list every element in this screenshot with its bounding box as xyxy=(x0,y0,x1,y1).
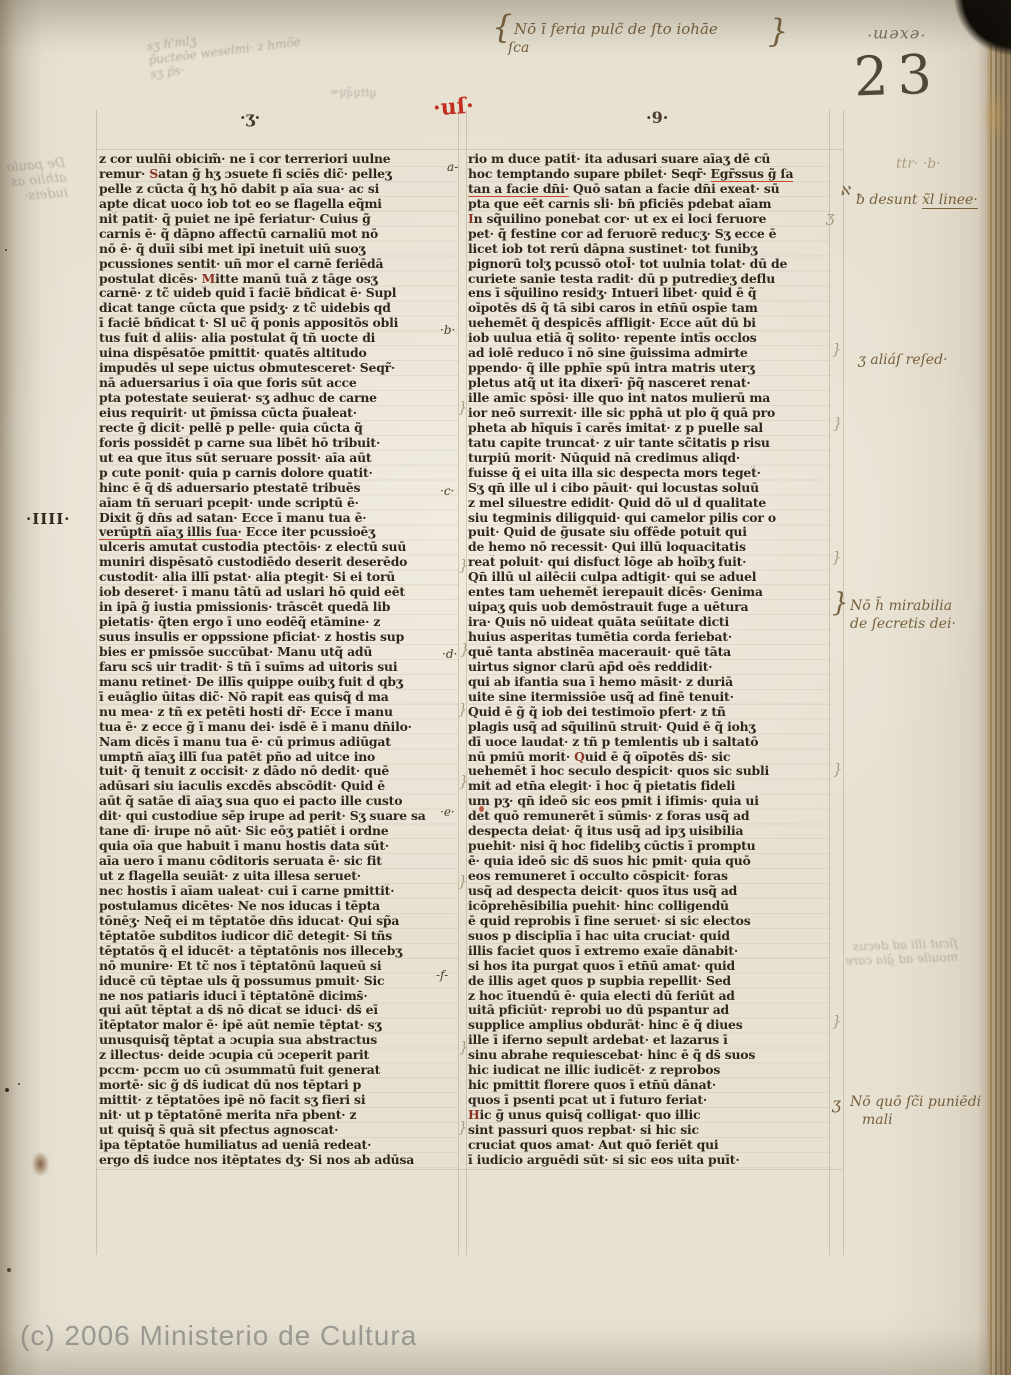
text-segment: quos ī psenti pcat ut ī futuro feriat· xyxy=(468,1093,707,1107)
text-segment: tēptatōs q̃ el iducēt· a tēptatōnis nos … xyxy=(99,944,402,958)
manuscript-text-line: nō ē· q̃ duīi sibi met ipī inetuit uiū s… xyxy=(99,242,459,257)
text-segment: huius asperitas tumētia corda feriebat· xyxy=(468,630,732,644)
manuscript-text-line: de illis aget quos p supbia repellit· Se… xyxy=(468,974,830,989)
manuscript-text-line: Quid ē g̃ q̃ iob dei testimoīo pfert· z … xyxy=(468,705,830,720)
manuscript-text-line: aūt q̃ satāe dī aīaʒ sua quo ei pacto il… xyxy=(99,794,459,809)
manuscript-text-line: ille amīc spōsi· ille quo int̃ natos mul… xyxy=(468,391,830,406)
text-segment: despecta deiat· q̃ itus usq̃ ad ipʒ uisi… xyxy=(468,824,743,838)
manuscript-text-line: eos remuneret ī occulto cōspicit· foras xyxy=(468,869,830,884)
scribal-brace-mark: ʒ xyxy=(826,208,834,226)
text-segment: ipa tēptatōe humiliatus ad ueniā redeat· xyxy=(99,1138,371,1152)
show-through-text: ſicut illi ad decusmouile ad g̃ia care xyxy=(845,936,959,968)
rubricated-underline-text: Dixit g̃ dn̄s ad satan· Ecce ī manu tua … xyxy=(99,511,366,526)
text-segment: ī iudicio arguēdi sūt· si sic eos uita p… xyxy=(468,1153,739,1167)
text-segment: manu retinet̃· De illīs quippe ouibʒ fui… xyxy=(99,675,403,689)
manuscript-text-line: suos p disciplīa ī hac uita cruciat· qui… xyxy=(468,929,830,944)
text-segment: ut quisq̃ s̃ quā sit pfectus agnoscat· xyxy=(99,1123,338,1137)
dark-corner-background xyxy=(947,0,1011,58)
text-segment: pta que eēt carnis sl̄i· bn̄ pficiēs pde… xyxy=(468,197,771,211)
ruling-line-horizontal xyxy=(96,1169,843,1170)
manuscript-text-line: sint passuri quos repbat· si hic sic xyxy=(468,1123,830,1138)
manuscript-text-line: ira· Quis nō uideat quāta seūitate dicti xyxy=(468,615,830,630)
manuscript-text-line: iob deseret̃· ī manu tātū ad uslari hō q… xyxy=(99,585,459,600)
manuscript-text-line: pignorū tolʒ pcussō otol̃· tot uulnia to… xyxy=(468,257,830,272)
manuscript-text-line: uehemēt̃ q̃ despicēs affligit· Ecce aūt … xyxy=(468,316,830,331)
text-segment: itte manū tuā z tāge osʒ xyxy=(215,272,377,286)
text-segment: ut z flagella seuiāt· z uita illesa seru… xyxy=(99,869,361,883)
text-segment: carnē· z tc̃ uideb̃ quid ī faciē bñdicat… xyxy=(99,286,396,300)
collation-cross-mark: ℵ xyxy=(840,184,850,199)
manuscript-text-line: ī iudicio arguēdi sūt· si sic eos uita p… xyxy=(468,1153,830,1168)
manuscript-text-line: pietatis· q̃ten ergo ī uno eodēq̃ etāmin… xyxy=(99,615,459,630)
text-segment: ens ī sq̃uilino residʒ· Intueri libet· q… xyxy=(468,286,756,300)
manuscript-page: ·ʒ· ·uſ· ·9· { Nō ī feria pulc̃ de ſto i… xyxy=(0,0,1011,1375)
manuscript-text-line: uina dispēsatōe pmittit̃· quatēs altitud… xyxy=(99,346,459,361)
manuscript-text-line: nit̃ patit̃· q̃ puiet ne ipē feriatur· C… xyxy=(99,212,459,227)
top-margin-annotation: Nō ī feria pulc̃ de ſto iohāe xyxy=(514,20,718,38)
manuscript-text-line: hinc ē q̃ ds̄ aduersario ptestatē tribuē… xyxy=(99,481,459,496)
punished-note-line1: Nō quō ſc̃i puniēdi xyxy=(850,1094,981,1110)
red-touched-capital: H xyxy=(468,1108,480,1122)
text-segment: ille amīc spōsi· ille quo int̃ natos mul… xyxy=(468,391,770,405)
text-segment: recte g̃ dicit̃· pellē p pelle· quia cūc… xyxy=(99,421,363,435)
manuscript-text-line: aīa uero ī manu cōditoris seruata ē· sic… xyxy=(99,854,459,869)
manuscript-text-line: apte dicat uoco iob tot eo se flagella e… xyxy=(99,197,459,212)
parchment-stain xyxy=(983,90,1005,142)
text-segment: oīpotēs ds̄ q̃ tā sibi caros in etn̄ū os… xyxy=(468,301,758,315)
manuscript-text-line: muniri dispēsatō custodiēdo deserit dese… xyxy=(99,555,459,570)
manuscript-text-line: usq̃ ad despecta deicit· quos ītus usq̃ … xyxy=(468,884,830,899)
text-segment: tus fuit d̃ aliis· alia postulat q̃ tñ u… xyxy=(99,331,375,345)
manuscript-text-line: entes tam uehemēt̃ ierepauit dicēs· Geni… xyxy=(468,585,830,600)
red-touched-capital: Q xyxy=(574,750,585,764)
manuscript-text-line: tēptatōs q̃ el iducēt· a tēptatōnis nos … xyxy=(99,944,459,959)
manuscript-text-line: ppendo· q̃ ille pphīe spū intra matris u… xyxy=(468,361,830,376)
ruling-line-vertical xyxy=(96,110,97,1255)
text-segment: pheta ab hīquis ī carēs imitat̃· z p pue… xyxy=(468,421,763,435)
text-segment: custodit· alia illī pstat· alia ptegit· … xyxy=(99,570,395,584)
text-segment: sint passuri quos repbat· si hic sic xyxy=(468,1123,699,1137)
text-segment: Quō satan a facie dn̄i exeat· sū xyxy=(569,182,780,196)
manuscript-text-line: turpiū morit̃· Nūquid nā credimus aliqd· xyxy=(468,451,830,466)
scribal-brace-mark: } xyxy=(833,414,843,432)
manuscript-text-line: icōprehēsibilia puehit· hinc colligendū xyxy=(468,899,830,914)
manuscript-text-line: quia oīa que habuit ī manu hostis data s… xyxy=(99,839,459,854)
manuscript-text-line: z mel siluestre edidit· Quid dō ul d̃ qu… xyxy=(468,496,830,511)
manuscript-text-line: carnis ē· q̃ dāpno affectū carnaliū mot … xyxy=(99,227,459,242)
rubricated-underline-text: Egr̃ssus g̃ ſa xyxy=(711,167,794,182)
manuscript-text-line: aīam tñ seruari pcepit· unde scriptū ē· xyxy=(99,496,459,511)
text-segment: nō ē· q̃ duīi sibi met ipī inetuit uiū s… xyxy=(99,242,365,256)
text-segment: tane dī· irupe nō aūt· Sic eōʒ patiēt̃ i… xyxy=(99,824,388,838)
manuscript-text-line: in ipā g̃ iustia pmissionis· trāscēt que… xyxy=(99,600,459,615)
manuscript-text-line: illis faciet quos ī extremo exaīe dānabi… xyxy=(468,944,830,959)
faded-margin-mark: ttr· ·b· xyxy=(896,156,941,172)
text-segment: de illis aget quos p supbia repellit· Se… xyxy=(468,974,731,988)
manuscript-text-line: remur· Satan g̃ hʒ ɔsuete fi sciēs dic̃·… xyxy=(99,167,459,182)
text-segment: iob uulua etiā q̃ solito· repente intīs … xyxy=(468,331,757,345)
manuscript-text-line: pheta ab hīquis ī carēs imitat̃· z p pue… xyxy=(468,421,830,436)
gutter-reference-letter: ·e· xyxy=(440,805,455,819)
manuscript-text-line: reat̃ poluit· qui disfuct̃ lōge ab hoībʒ… xyxy=(468,555,830,570)
manuscript-text-line: Dixit g̃ dn̄s ad satan· Ecce ī manu tua … xyxy=(99,511,459,526)
manuscript-text-line: pta que eēt carnis sl̄i· bn̄ pficiēs pde… xyxy=(468,197,830,212)
text-segment: in ipā g̃ iustia pmissionis· trāscēt que… xyxy=(99,600,390,614)
manuscript-text-line: uehemēt̃ ī hoc seculo despicit· quos sic… xyxy=(468,764,830,779)
manuscript-text-line: uite sine itermissiōe usq̃ ad finē tenui… xyxy=(468,690,830,705)
manuscript-text-line: tan a facie dn̄i· Quō satan a facie dn̄i… xyxy=(468,182,830,197)
text-segment: si hos ita purgat quos ī etn̄ū amat· qui… xyxy=(468,959,735,973)
show-through-text: sʒ h'mlʒp̃ucteōe weselmi· z hmõesʒ p̃s· xyxy=(146,21,303,81)
manuscript-text-line: huius asperitas tumētia corda feriebat· xyxy=(468,630,830,645)
text-segment: ad iolē reduco ī nō sine g̃uissima admir… xyxy=(468,346,748,360)
manuscript-text-line: tuit· q̃ tenuit z occisit· z dādo nō ded… xyxy=(99,764,459,779)
manuscript-text-line: hoc temptando supare pbilet̃· Seqr̃· Egr… xyxy=(468,167,830,182)
text-segment: cruciat quos amat· Aut quō feriēt qui xyxy=(468,1138,718,1152)
manuscript-text-line: siu tegminis diligquid· qui camelor pili… xyxy=(468,511,830,526)
manuscript-text-line: postulamus dicētes· Ne nos iducas i tēpt… xyxy=(99,899,459,914)
text-segment: pccm· pccm uo cū ɔsummatū fuit generat xyxy=(99,1063,380,1077)
text-segment: hic pmittit florere quos ī etn̄ū dānat· xyxy=(468,1078,716,1092)
desunt-note: ƀ desunt x̃l linee· xyxy=(856,192,978,208)
text-segment: nā aduersarius ī oīa que foris sūt acce xyxy=(99,376,357,390)
scribal-brace-mark: } xyxy=(832,1012,842,1030)
text-segment: aīa uero ī manu cōditoris seruata ē· sic… xyxy=(99,854,382,868)
manuscript-text-line: hic pmittit florere quos ī etn̄ū dānat· xyxy=(468,1078,830,1093)
manuscript-text-line: nec hostis ī aīam ualeat· cui ī carne pm… xyxy=(99,884,459,899)
text-segment: puit· Quid de g̃usate siu offēde potuit … xyxy=(468,525,747,539)
manuscript-text-line: dit· qui custodiue sēp irupe ad perit· S… xyxy=(99,809,459,824)
manuscript-text-line: Qn̄ illū ul ailēcii culpa adtigit· qui s… xyxy=(468,570,830,585)
manuscript-text-line: ut ea que ītus sūt seruare possit· aīa a… xyxy=(99,451,459,466)
text-segment: apte dicat uoco iob tot eo se flagella e… xyxy=(99,197,382,211)
manuscript-text-line: ne nos patiaris iduci ī tēptatōnē dicims… xyxy=(99,989,459,1004)
manuscript-text-line: ergo ds̄ iudce nos itēptates dʒ· Si nos … xyxy=(99,1153,459,1168)
mirabilia-note-line2: de ſecretis dei· xyxy=(850,616,956,632)
manuscript-text-line: ior neō surrexit· ille sic pphā ut plo q… xyxy=(468,406,830,421)
scribal-brace-mark: } xyxy=(458,872,468,890)
text-segment: det quō remunerēt̃ ī sūmis· z foras usq̃… xyxy=(468,809,749,823)
text-segment: qui ab ifantia sua ī hemo māsit· z duriā xyxy=(468,675,733,689)
manuscript-text-line: puehit· nisi q̃ hoc fidelibʒ cūctis ī pr… xyxy=(468,839,830,854)
text-segment: hinc ē q̃ ds̄ aduersario ptestatē tribuē… xyxy=(99,481,360,495)
manuscript-text-line: Nam dicēs ī manu tua ē· cū primus adiūga… xyxy=(99,735,459,750)
text-segment: reat̃ poluit· qui disfuct̃ lōge ab hoībʒ… xyxy=(468,555,746,569)
text-segment: Quid ē g̃ q̃ iob dei testimoīo pfert· z … xyxy=(468,705,726,719)
ink-blotch xyxy=(32,1152,49,1176)
text-segment: ille ī iferno sepult̃ ardebat· et lazaru… xyxy=(468,1033,728,1047)
text-segment: Nam dicēs ī manu tua ē· cū primus adiūga… xyxy=(99,735,391,749)
text-segment: ergo ds̄ iudce nos itēptates dʒ· Si nos … xyxy=(99,1153,414,1167)
text-segment: uehemēt̃ ī hoc seculo despicit· quos sic… xyxy=(468,764,769,778)
ruling-line-vertical xyxy=(466,110,467,1255)
text-segment: icōprehēsibilia puehit· hinc colligendū xyxy=(468,899,729,913)
scribal-brace-mark: } xyxy=(832,548,842,566)
manuscript-text-line: ut z flagella seuiāt· z uita illesa seru… xyxy=(99,869,459,884)
text-segment: licet iob tot rerū dāpna sustinet· tot f… xyxy=(468,242,757,256)
text-segment: unusquisq̃ tēptat̃ a ɔcupia sua abstract… xyxy=(99,1033,377,1047)
text-segment: rio m duce patit̃· ita ad̃usari suare aī… xyxy=(468,152,770,166)
text-segment: suus insulis er oppssione pficiat· z hos… xyxy=(99,630,404,644)
right-edge-shadow xyxy=(977,0,1011,1375)
copyright-watermark: (c) 2006 Ministerio de Cultura xyxy=(20,1320,417,1352)
text-segment: uite sine itermissiōe usq̃ ad finē tenui… xyxy=(468,690,734,704)
manuscript-text-line: unusquisq̃ tēptat̃ a ɔcupia sua abstract… xyxy=(99,1033,459,1048)
manuscript-text-line: despecta deiat· q̃ itus usq̃ ad ipʒ uisi… xyxy=(468,824,830,839)
text-segment: carnis ē· q̃ dāpno affectū carnaliū mot … xyxy=(99,227,378,241)
ruling-line-vertical xyxy=(843,110,844,1255)
manuscript-text-line: ītēptator malor ē· ipē aūt nemīe tēptat·… xyxy=(99,1018,459,1033)
text-segment: quia oīa que habuit ī manu hostis data s… xyxy=(99,839,389,853)
text-segment: puehit· nisi q̃ hoc fidelibʒ cūctis ī pr… xyxy=(468,839,755,853)
text-segment: aīam tñ seruari pcepit· unde scriptū ē· xyxy=(99,496,359,510)
desunt-note-underlined: x̃l linee· xyxy=(922,192,978,209)
manuscript-text-line: ē· quia ideō sic ds̄ suos hic pmit· quia… xyxy=(468,854,830,869)
text-segment: pignorū tolʒ pcussō otol̃· tot uulnia to… xyxy=(468,257,787,271)
text-segment: ē· quia ideō sic ds̄ suos hic pmit· quia… xyxy=(468,854,751,868)
manuscript-text-line: manu retinet̃· De illīs quippe ouibʒ fui… xyxy=(99,675,459,690)
manuscript-text-line: ē quid reprobis ī fine seruet̃· si sic e… xyxy=(468,914,830,929)
scribal-brace-mark: } xyxy=(458,700,468,718)
manuscript-text-line: nū pmiū morit̃· Quid ē q̃ oīpotēs ds̄· s… xyxy=(468,750,830,765)
text-segment: pletus atq̃ ut ita dixerī· p̃q̃ nasceret… xyxy=(468,376,751,390)
text-segment: n sq̃uilino ponebat cor· ut ex ei loci f… xyxy=(474,212,767,226)
parchment-specks xyxy=(5,1088,9,1092)
manuscript-text-line: tēptatōe subditos iudicor dic̃ detegit· … xyxy=(99,929,459,944)
text-segment: fuisse q̃ ei uita illa sic despecta mors… xyxy=(468,466,761,480)
text-segment: uid ē q̃ oīpotēs ds̄· sic xyxy=(585,750,731,764)
text-segment: ut ea que ītus sūt seruare possit· aīa a… xyxy=(99,451,371,465)
text-segment: atan g̃ hʒ ɔsuete fi sciēs dic̃· pelleʒ xyxy=(158,167,392,181)
manuscript-text-line: pta potestate seuierat· sʒ adhuc de carn… xyxy=(99,391,459,406)
manuscript-text-line: uirtus signor clarū ap̃d oēs reddidit· xyxy=(468,660,830,675)
text-segment: tēptatōe subditos iudicor dic̃ detegit· … xyxy=(99,929,392,943)
text-segment: tatu capite truncat̃· z uir tante sc̃ita… xyxy=(468,436,770,450)
text-segment: ira· Quis nō uideat quāta seūitate dicti xyxy=(468,615,729,629)
manuscript-text-line: impudēs ul sepe uictus obmutesceret· Seq… xyxy=(99,361,459,376)
manuscript-text-line: um pʒ· qn̄ ideō sic eos pmit i ifimis· q… xyxy=(468,794,830,809)
manuscript-text-line: pletus atq̃ ut ita dixerī· p̃q̃ nasceret… xyxy=(468,376,830,391)
manuscript-text-line: uitā pficiūt· reprobi uo dū pspantur ad xyxy=(468,1003,830,1018)
red-touched-capital: M xyxy=(202,272,216,286)
text-segment: ic g̃ unus quisq̃ colligat· quo illic xyxy=(480,1108,701,1122)
quire-mark-right: ·9· xyxy=(646,108,668,127)
manuscript-text-line: z cor uulñi obicim̃· ne ī cor terreriori… xyxy=(99,152,459,167)
manuscript-text-line: ad iolē reduco ī nō sine g̃uissima admir… xyxy=(468,346,830,361)
manuscript-text-line: licet iob tot rerū dāpna sustinet· tot f… xyxy=(468,242,830,257)
text-column-left: z cor uulñi obicim̃· ne ī cor terreriori… xyxy=(99,152,459,1168)
manuscript-text-line: cruciat quos amat· Aut quō feriēt qui xyxy=(468,1138,830,1153)
scribal-brace-mark: } xyxy=(459,556,469,574)
text-segment: mortē· sic g̃ ds̄ iudicat dū nos tēptari… xyxy=(99,1078,361,1092)
text-segment: mit̃ ad etn̄a elegit· ī hoc q̃ pietatis … xyxy=(468,779,735,793)
text-segment: tōnēʒ· Neq̃ ei m tēptatōe dn̄s iducat· Q… xyxy=(99,914,399,928)
manuscript-text-line: ipa tēptatōe humiliatus ad ueniā redeat· xyxy=(99,1138,459,1153)
manuscript-text-line: plagis usq̃ ad sq̃uilinū struit· Quid ē … xyxy=(468,720,830,735)
text-segment: iducē cū tēptae uls q̃ possumus pmuit· S… xyxy=(99,974,384,988)
manuscript-text-line: pcussiones sentit· uñ mor el carnē feriē… xyxy=(99,257,459,272)
text-segment: um pʒ· qn̄ ideō sic eos pmit i ifimis· q… xyxy=(468,794,759,808)
text-segment: ne nos patiaris iduci ī tēptatōnē dicims… xyxy=(99,989,367,1003)
text-segment: hoc temptando supare pbilet̃· Seqr̃· xyxy=(468,167,711,181)
manuscript-text-line: qui ab ifantia sua ī hemo māsit· z duriā xyxy=(468,675,830,690)
scribal-brace-mark: } xyxy=(459,1038,469,1056)
text-segment: foris possidēt̃ p carne sua libēt̃ hō tr… xyxy=(99,436,380,450)
annotation-brace-right: } xyxy=(768,12,788,50)
manuscript-text-line: tōnēʒ· Neq̃ ei m tēptatōe dn̄s iducat· Q… xyxy=(99,914,459,929)
rubricated-underline-text: tan a facie dn̄i· xyxy=(468,182,569,197)
text-segment: pcussiones sentit· uñ mor el carnē feriē… xyxy=(99,257,383,271)
text-segment: entes tam uehemēt̃ ierepauit dicēs· Geni… xyxy=(468,585,763,599)
left-page-edge xyxy=(0,0,18,1375)
inverted-corner-inscription: ·exem· xyxy=(866,26,925,45)
running-title-rubric: ·uſ· xyxy=(432,93,474,122)
rubricated-underline-text: verūptñ aīaʒ illis ſua· xyxy=(99,525,242,540)
folio-number: 23 xyxy=(853,43,942,109)
text-segment: pta potestate seuierat· sʒ adhuc de carn… xyxy=(99,391,377,405)
manuscript-text-line: sinu abrahe requiescebat· hinc ē q̃ ds̄ … xyxy=(468,1048,830,1063)
text-segment: faru scs̄ uir tradit̃· s̃ tñ ī suīms ad … xyxy=(99,660,397,674)
gutter-reference-letter: ·c· xyxy=(440,484,454,498)
quire-mark-left: ·ʒ· xyxy=(240,108,260,127)
manuscript-text-line: ille ī iferno sepult̃ ardebat· et lazaru… xyxy=(468,1033,830,1048)
text-segment: aūt q̃ satāe dī aīaʒ sua quo ei pacto il… xyxy=(99,794,402,808)
text-segment: ītēptator malor ē· ipē aūt nemīe tēptat·… xyxy=(99,1018,381,1032)
manuscript-text-line: ulceris amutat̃ custodia ptectōis· z ele… xyxy=(99,540,459,555)
manuscript-text-line: In sq̃uilino ponebat cor· ut ex ei loci … xyxy=(468,212,830,227)
scribal-brace-mark: } xyxy=(458,1118,468,1136)
manuscript-text-line: qui aūt tēptat̃ a ds̄ nō dicat̃ se iduci… xyxy=(99,1003,459,1018)
manuscript-text-line: p cute ponit̃· quia p carnis dolore quat… xyxy=(99,466,459,481)
ruling-line-horizontal xyxy=(96,149,843,150)
text-segment: adūsari siu iaculis excdēs abscōdit· Qui… xyxy=(99,779,385,793)
text-segment: nō munire· Et tc̃ nos ī tēptatōnū laqueū… xyxy=(99,959,381,973)
manuscript-text-line: z illectus· deide ɔcupia cū ɔceperit par… xyxy=(99,1048,459,1063)
manuscript-text-line: foris possidēt̃ p carne sua libēt̃ hō tr… xyxy=(99,436,459,451)
text-segment: suos p disciplīa ī hac uita cruciat· qui… xyxy=(468,929,730,943)
mirabilia-note-line1: Nō h̃ mirabilia xyxy=(850,598,952,614)
text-segment: impudēs ul sepe uictus obmutesceret· Seq… xyxy=(99,361,395,375)
text-segment: nu mea· z tñ ex petēti hosti dr̃· Ecce ī… xyxy=(99,705,393,719)
text-segment: nit̃ patit̃· q̃ puiet ne ipē feriatur· C… xyxy=(99,212,371,226)
text-segment: hic iudicat ne illic iudicēt̃· z reprobo… xyxy=(468,1063,720,1077)
manuscript-text-line: postulat dicēs· Mitte manū tuā z tāge os… xyxy=(99,272,459,287)
text-segment: ppendo· q̃ ille pphīe spū intra matris u… xyxy=(468,361,755,375)
text-segment: dī uoce laudat· z tñ p temlentis ub i sa… xyxy=(468,735,758,749)
text-segment: ulceris amutat̃ custodia ptectōis· z ele… xyxy=(99,540,406,554)
text-segment: quē tanta abstinēa macerauit· quē tāta xyxy=(468,645,731,659)
text-segment: postulat dicēs· xyxy=(99,272,202,286)
gutter-reference-letter: ·b· xyxy=(440,323,455,337)
text-segment: z hoc ītuendū ē· quia electi dū feriūt̃ … xyxy=(468,989,735,1003)
red-touched-capital: S xyxy=(149,167,158,181)
manuscript-text-line: z hoc ītuendū ē· quia electi dū feriūt̃ … xyxy=(468,989,830,1004)
manuscript-text-line: nō munire· Et tc̃ nos ī tēptatōnū laqueū… xyxy=(99,959,459,974)
manuscript-text-line: nā aduersarius ī oīa que foris sūt acce xyxy=(99,376,459,391)
manuscript-text-line: quē tanta abstinēa macerauit· quē tāta xyxy=(468,645,830,660)
manuscript-text-line: dicat tange cūcta que psidʒ· z tc̃ uideb… xyxy=(99,301,459,316)
text-segment: siu tegminis diligquid· qui camelor pili… xyxy=(468,511,776,525)
text-segment: nū pmiū morit̃· xyxy=(468,750,574,764)
text-segment: muniri dispēsatō custodiēdo deserit dese… xyxy=(99,555,407,569)
text-segment: eos remuneret ī occulto cōspicit· foras xyxy=(468,869,728,883)
text-segment: eius requirit· ut p̃missa cūcta p̃ualeat… xyxy=(99,406,357,420)
text-segment: z mel siluestre edidit· Quid dō ul d̃ qu… xyxy=(468,496,766,510)
scribal-brace-mark: } xyxy=(833,760,843,778)
manuscript-text-line: carnē· z tc̃ uideb̃ quid ī faciē bñdicat… xyxy=(99,286,459,301)
manuscript-text-line: uipaʒ quis uob demōstrauit fuge a uētura xyxy=(468,600,830,615)
text-segment: uina dispēsatōe pmittit̃· quatēs altitud… xyxy=(99,346,367,360)
show-through-text: ɥttɥq̃ɥ= xyxy=(330,85,377,100)
scribal-brace-mark: } xyxy=(458,398,468,416)
manuscript-text-line: eius requirit· ut p̃missa cūcta p̃ualeat… xyxy=(99,406,459,421)
text-segment: ī euāglio ūitas dic̃· Nō rapit eas quisq… xyxy=(99,690,389,704)
manuscript-text-line: mittit· z tēptatōes ipē nō facit sʒ fier… xyxy=(99,1093,459,1108)
punished-note-line2: mali xyxy=(862,1112,893,1128)
scribal-brace-mark: } xyxy=(832,340,842,358)
text-segment: pietatis· q̃ten ergo ī uno eodēq̃ etāmin… xyxy=(99,615,380,629)
punished-note-brace: ʒ xyxy=(832,1094,841,1113)
text-segment: ī faciē bñdicat t̃· Sl uc̃ q̃ ponis appo… xyxy=(99,316,398,330)
text-segment: turpiū morit̃· Nūquid nā credimus aliqd· xyxy=(468,451,740,465)
manuscript-text-line: verūptñ aīaʒ illis ſua· Ecce iter pcussi… xyxy=(99,525,459,540)
manuscript-text-line: dī uoce laudat· z tñ p temlentis ub i sa… xyxy=(468,735,830,750)
manuscript-text-line: recte g̃ dicit̃· pellē p pelle· quia cūc… xyxy=(99,421,459,436)
show-through-text: De pauioathlio asiudeis· xyxy=(6,156,68,206)
manuscript-text-line: bies er pmissōe succūbat· Manu utq̃ adū xyxy=(99,645,459,660)
text-segment: z cor uulñi obicim̃· ne ī cor terreriori… xyxy=(99,152,390,166)
manuscript-text-line: quos ī psenti pcat ut ī futuro feriat· xyxy=(468,1093,830,1108)
text-segment: pelle z cūcta q̃ hʒ hō dabit p aīa sua· … xyxy=(99,182,379,196)
manuscript-text-line: mortē· sic g̃ ds̄ iudicat dū nos tēptari… xyxy=(99,1078,459,1093)
text-segment: uitā pficiūt· reprobi uo dū pspantur ad xyxy=(468,1003,729,1017)
manuscript-text-line: ī faciē bñdicat t̃· Sl uc̃ q̃ ponis appo… xyxy=(99,316,459,331)
text-segment: ior neō surrexit· ille sic pphā ut plo q… xyxy=(468,406,775,420)
manuscript-text-line: umptñ aīaʒ illī ſua patēt̃ pño ad uitce … xyxy=(99,750,459,765)
manuscript-text-line: de hemo nō recessit· Qui illū loquacitat… xyxy=(468,540,830,555)
manuscript-text-line: si hos ita purgat quos ī etn̄ū amat· qui… xyxy=(468,959,830,974)
gutter-reference-letter: -f- xyxy=(436,968,448,982)
manuscript-text-line: Sʒ qn̄ ille ul i cibo pāuit· qui locusta… xyxy=(468,481,830,496)
text-segment: usq̃ ad despecta deicit· quos ītus usq̃ … xyxy=(468,884,737,898)
text-segment: remur· xyxy=(99,167,149,181)
manuscript-text-line: tatu capite truncat̃· z uir tante sc̃ita… xyxy=(468,436,830,451)
manuscript-text-line: rio m duce patit̃· ita ad̃usari suare aī… xyxy=(468,152,830,167)
text-column-right: rio m duce patit̃· ita ad̃usari suare aī… xyxy=(468,152,830,1168)
text-segment: ē quid reprobis ī fine seruet̃· si sic e… xyxy=(468,914,751,928)
text-segment: pet· q̃ festine cor ad feruorē reducʒ· S… xyxy=(468,227,776,241)
text-segment: uirtus signor clarū ap̃d oēs reddidit· xyxy=(468,660,712,674)
manuscript-text-line: tane dī· irupe nō aūt· Sic eōʒ patiēt̃ i… xyxy=(99,824,459,839)
manuscript-text-line: ī euāglio ūitas dic̃· Nō rapit eas quisq… xyxy=(99,690,459,705)
text-segment: dicat tange cūcta que psidʒ· z tc̃ uideb… xyxy=(99,301,391,315)
manuscript-text-line: pelle z cūcta q̃ hʒ hō dabit p aīa sua· … xyxy=(99,182,459,197)
manuscript-text-line: hic iudicat ne illic iudicēt̃· z reprobo… xyxy=(468,1063,830,1078)
text-segment: nit· ut p tēptatōnē merita nr̄a pbent̃· … xyxy=(99,1108,356,1122)
manuscript-text-line: curiete sanie testa radit· dū p putredie… xyxy=(468,272,830,287)
manuscript-text-line: ut quisq̃ s̃ quā sit pfectus agnoscat· xyxy=(99,1123,459,1138)
text-segment: uehemēt̃ q̃ despicēs affligit· Ecce aūt … xyxy=(468,316,756,330)
manuscript-text-line: puit· Quid de g̃usate siu offēde potuit … xyxy=(468,525,830,540)
text-segment: p cute ponit̃· quia p carnis dolore quat… xyxy=(99,466,373,480)
text-segment: bies er pmissōe succūbat· Manu utq̃ adū xyxy=(99,645,372,659)
gutter-reference-letter: a- xyxy=(447,160,458,174)
text-segment: supplice amplius obdurāt̃· hinc ē q̃ diu… xyxy=(468,1018,743,1032)
gutter-reference-letter: ·d· xyxy=(442,647,457,661)
manuscript-text-line: nit· ut p tēptatōnē merita nr̄a pbent̃· … xyxy=(99,1108,459,1123)
scribal-brace-mark: } xyxy=(459,772,469,790)
chapter-number-mark: ·IIII· xyxy=(26,510,71,528)
